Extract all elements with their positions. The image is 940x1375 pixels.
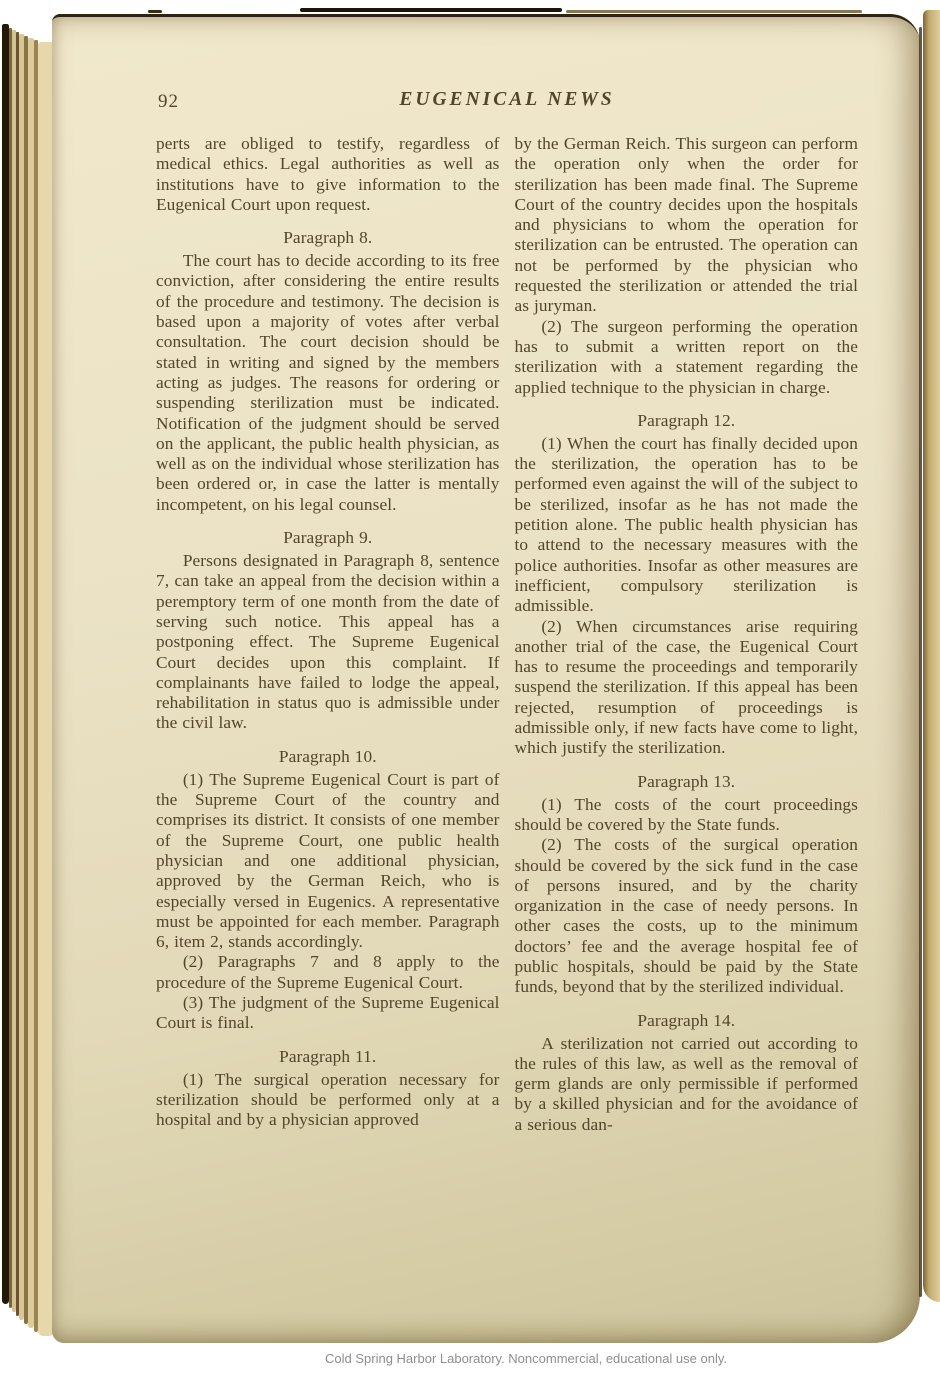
paragraph-text: perts are obliged to testify, regardless… <box>156 134 500 215</box>
paragraph-heading: Paragraph 14. <box>515 1011 859 1031</box>
page-content: 92 EUGENICAL NEWS perts are obliged to t… <box>156 89 858 1135</box>
book-page: 92 EUGENICAL NEWS perts are obliged to t… <box>52 14 920 1343</box>
left-column: perts are obliged to testify, regardless… <box>156 134 500 1135</box>
journal-title: EUGENICAL NEWS <box>156 89 858 111</box>
paragraph-heading: Paragraph 8. <box>156 228 500 248</box>
paragraph-heading: Paragraph 9. <box>156 528 500 548</box>
paragraph-text: by the German Reich. This surgeon can pe… <box>515 134 859 317</box>
book-scan: 92 EUGENICAL NEWS perts are obliged to t… <box>0 0 940 1375</box>
adjacent-page-edge <box>923 10 940 1302</box>
right-column: by the German Reich. This surgeon can pe… <box>515 134 859 1135</box>
archive-caption: Cold Spring Harbor Laboratory. Noncommer… <box>0 1351 940 1366</box>
paragraph-text: A sterilization not carried out accordin… <box>515 1034 859 1135</box>
paragraph-text: (2) The costs of the surgical operation … <box>515 835 859 997</box>
paragraph-text: (2) Paragraphs 7 and 8 apply to the proc… <box>156 952 500 993</box>
paragraph-text: (2) When circumstances arise requiring a… <box>515 617 859 759</box>
paragraph-heading: Paragraph 10. <box>156 747 500 767</box>
paragraph-text: (1) The Supreme Eugenical Court is part … <box>156 770 500 953</box>
paragraph-text: (3) The judgment of the Supreme Eugenica… <box>156 993 500 1034</box>
paragraph-text: Persons designated in Paragraph 8, sente… <box>156 551 500 734</box>
paragraph-heading: Paragraph 13. <box>515 772 859 792</box>
paragraph-text: (1) The costs of the court proceedings s… <box>515 795 859 836</box>
page-edge-strip <box>2 24 9 1304</box>
top-edge-mark <box>566 10 862 13</box>
paragraph-text: (1) The surgical operation necessary for… <box>156 1070 500 1131</box>
paragraph-heading: Paragraph 12. <box>515 411 859 431</box>
paragraph-heading: Paragraph 11. <box>156 1047 500 1067</box>
page-header: 92 EUGENICAL NEWS <box>156 89 858 115</box>
top-edge-mark <box>300 8 562 12</box>
top-edge-mark <box>148 10 162 13</box>
paragraph-text: (1) When the court has finally decided u… <box>515 434 859 617</box>
paragraph-text: The court has to decide according to its… <box>156 251 500 515</box>
paragraph-text: (2) The surgeon performing the operation… <box>515 317 859 398</box>
text-columns: perts are obliged to testify, regardless… <box>156 134 858 1135</box>
